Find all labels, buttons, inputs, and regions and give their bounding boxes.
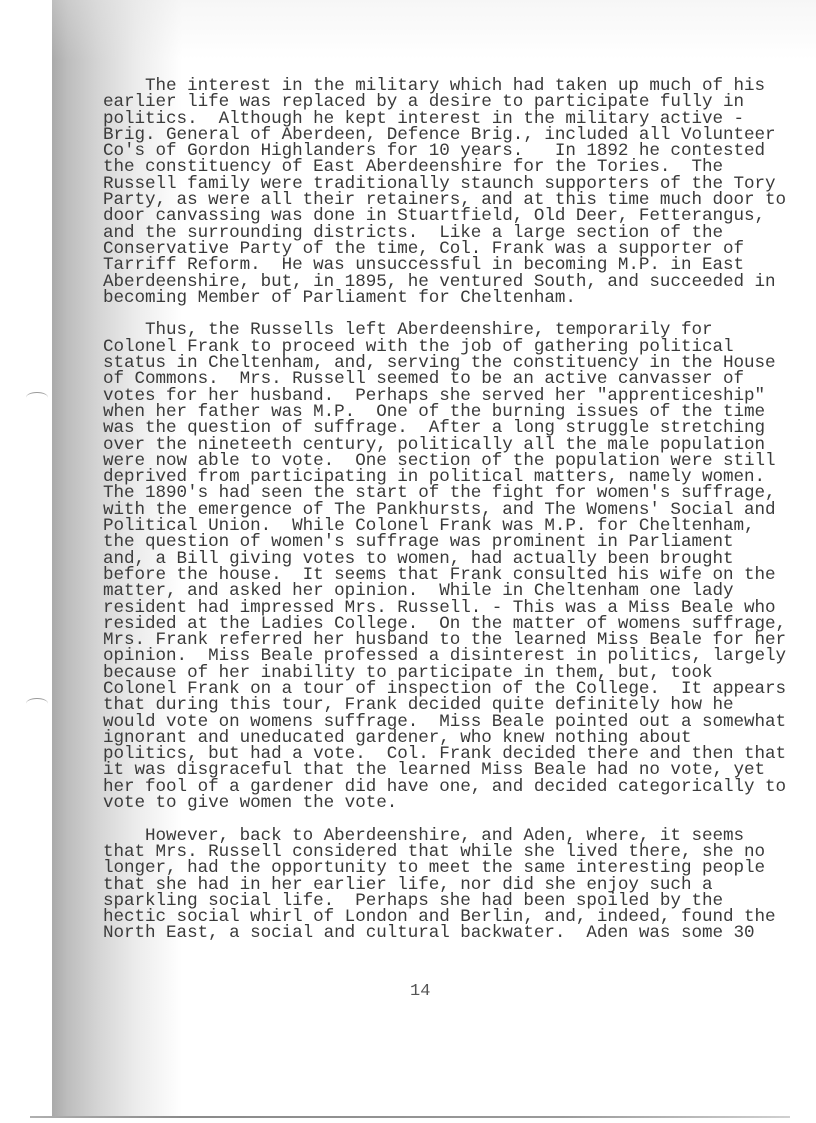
page-bottom-edge <box>30 1116 790 1118</box>
page-number: 14 <box>410 982 430 1001</box>
scan-top-shading <box>52 0 816 60</box>
text-line: vote to give women the vote. <box>103 795 763 811</box>
punch-hole-mark <box>26 698 48 709</box>
document-body: The interest in the military which had t… <box>103 78 763 958</box>
paragraph-cheltenham-suffrage: Thus, the Russells left Aberdeenshire, t… <box>103 322 763 811</box>
paragraph-military-politics: The interest in the military which had t… <box>103 78 763 306</box>
paragraph-aberdeenshire-aden: However, back to Aberdeenshire, and Aden… <box>103 828 763 942</box>
text-line: becoming Member of Parliament for Chelte… <box>103 290 763 306</box>
text-line: North East, a social and cultural backwa… <box>103 925 763 941</box>
punch-hole-mark <box>26 392 48 403</box>
